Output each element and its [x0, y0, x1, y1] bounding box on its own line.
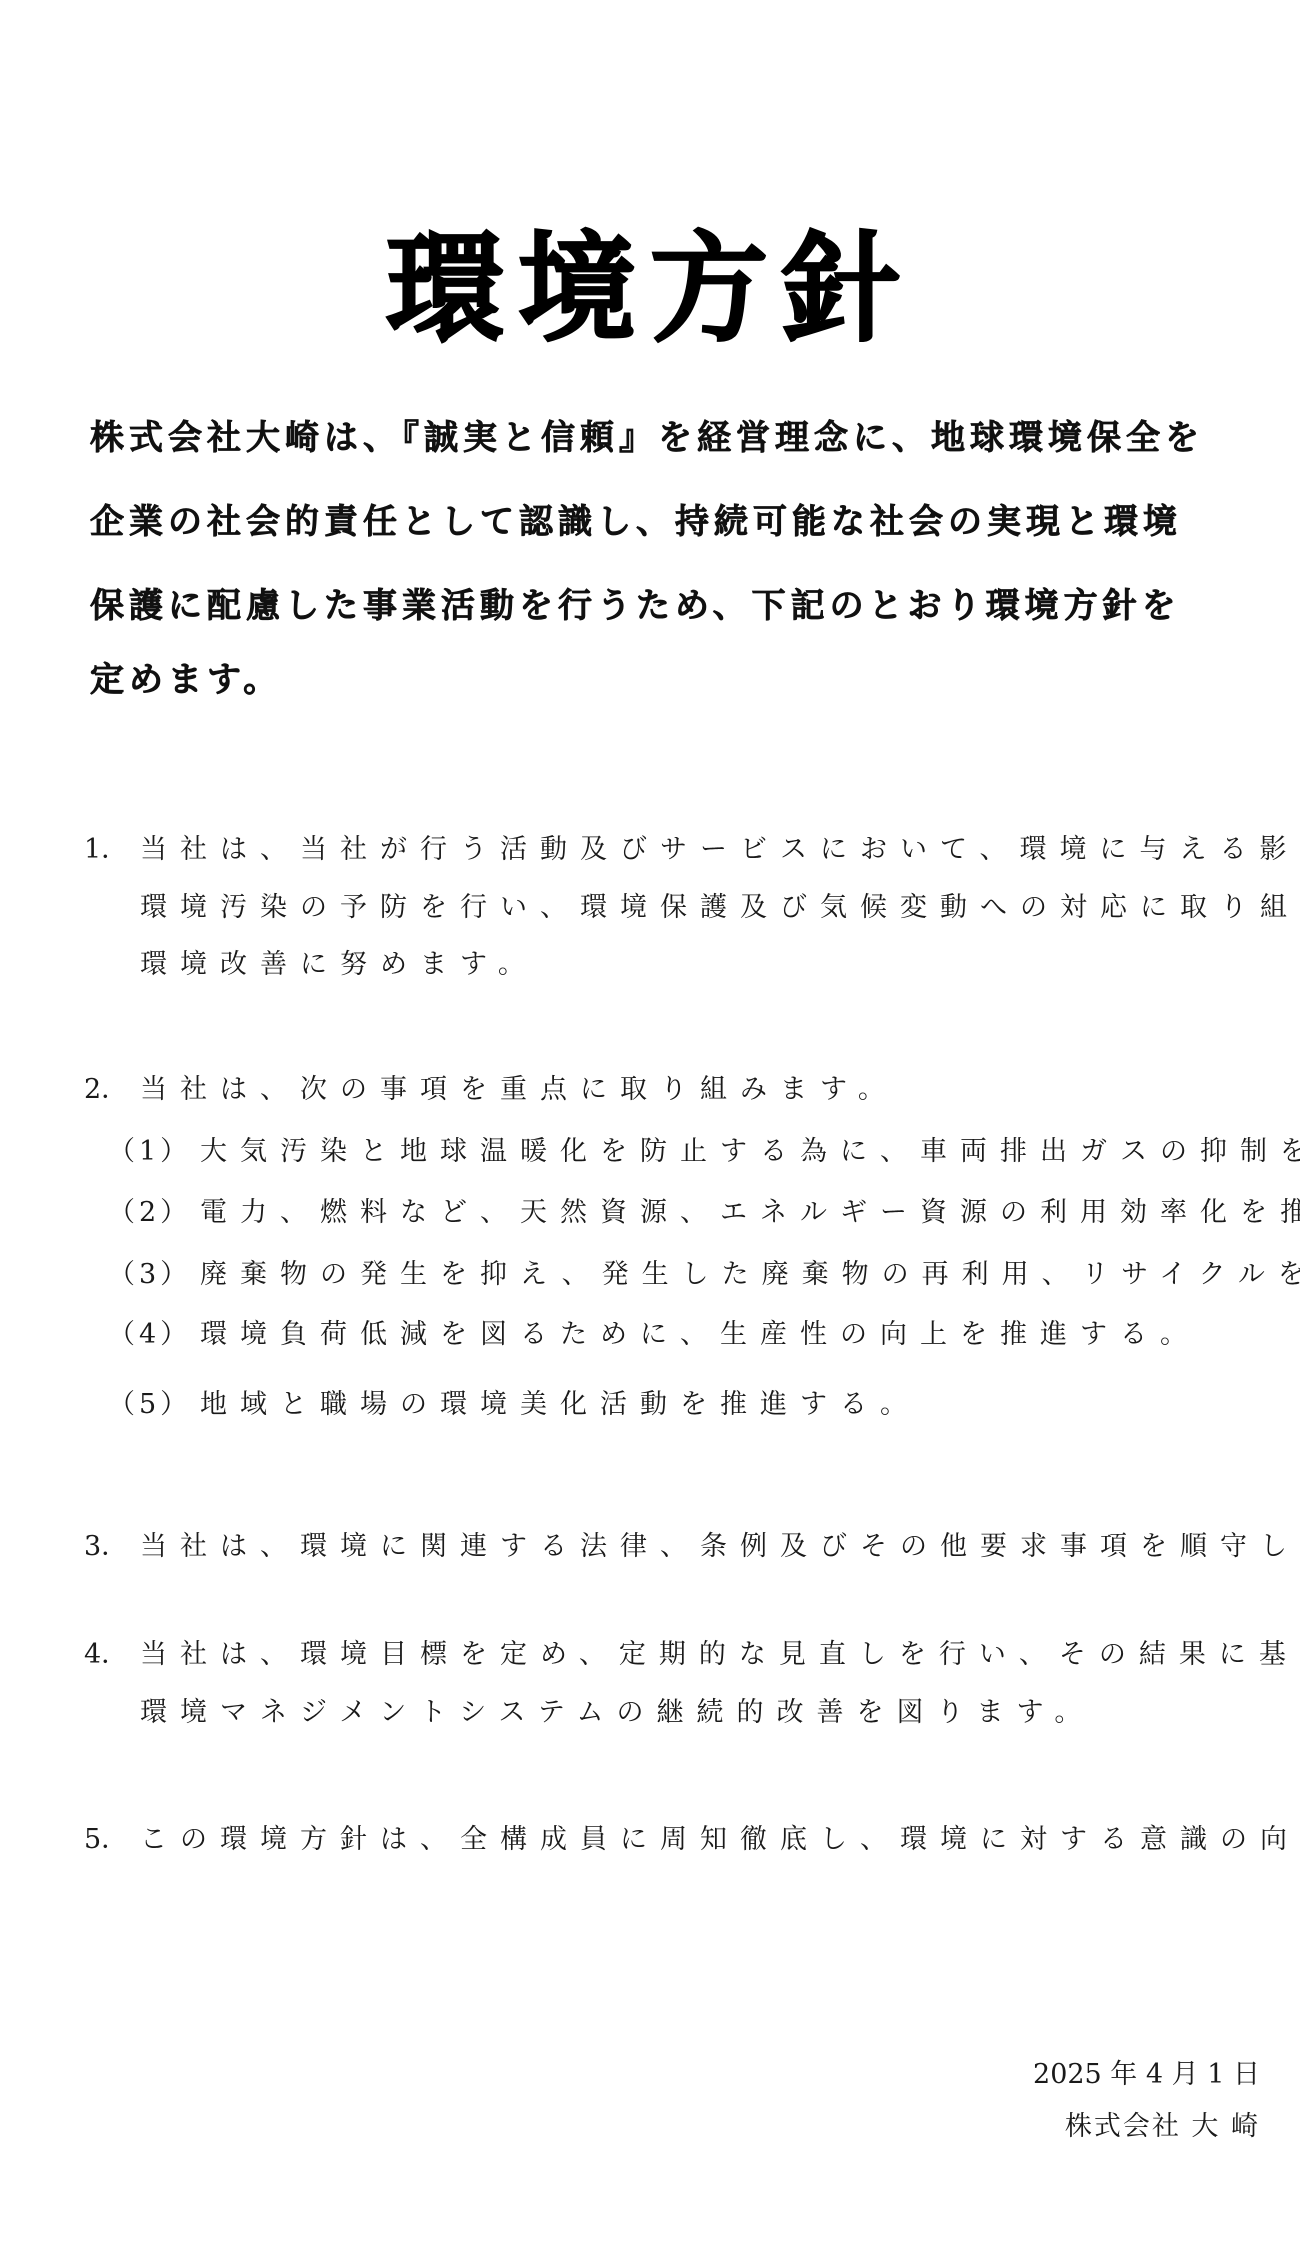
page-title: 環境方針	[0, 219, 1300, 359]
subitem-number: （5）	[108, 1388, 191, 1422]
subitem-text: 環境負荷低減を図るために、生産性の向上を推進する。	[200, 1318, 1200, 1352]
item-number: 4．	[84, 1638, 128, 1672]
item-number: 2．	[84, 1073, 128, 1107]
subitem-number: （1）	[108, 1135, 191, 1169]
subitem-number: （2）	[108, 1196, 191, 1230]
item-text-line: 当社は、環境目標を定め、定期的な見直しを行い、その結果に基づき	[140, 1638, 1300, 1672]
item-text-line: 環境マネジメントシステムの継続的改善を図ります。	[140, 1696, 1094, 1730]
issue-date: 2025 年 4 月 1 日	[1033, 2058, 1260, 2092]
item-text-line: 環境汚染の予防を行い、環境保護及び気候変動への対応に取り組み、継続的な	[140, 891, 1300, 925]
subitem-text: 電力、燃料など、天然資源、エネルギー資源の利用効率化を推進する。	[200, 1196, 1300, 1230]
item-number: 5．	[84, 1823, 128, 1857]
subitem-text: 大気汚染と地球温暖化を防止する為に、車両排出ガスの抑制を推進する。	[200, 1135, 1300, 1169]
intro-line: 企業の社会的責任として認識し、持続可能な社会の実現と環境	[90, 502, 1182, 542]
subitem-number: （3）	[108, 1258, 191, 1292]
item-text-line: 当社は、環境に関連する法律、条例及びその他要求事項を順守します。	[140, 1530, 1300, 1564]
item-text-line: 当社は、次の事項を重点に取り組みます。	[140, 1073, 898, 1107]
item-text-line: この環境方針は、全構成員に周知徹底し、環境に対する意識の向上を図ります。	[140, 1823, 1300, 1857]
intro-line: 定めます。	[90, 660, 282, 700]
intro-line: 株式会社大崎は、『誠実と信頼』を経営理念に、地球環境保全を	[90, 418, 1204, 458]
item-text-line: 当社は、当社が行う活動及びサービスにおいて、環境に与える影響を的確に捉え、	[140, 833, 1300, 867]
item-text-line: 環境改善に努めます。	[140, 948, 538, 982]
intro-line: 保護に配慮した事業活動を行うため、下記のとおり環境方針を	[90, 586, 1181, 626]
subitem-number: （4）	[108, 1318, 191, 1352]
subitem-text: 地域と職場の環境美化活動を推進する。	[200, 1388, 920, 1422]
subitem-text: 廃棄物の発生を抑え、発生した廃棄物の再利用、リサイクルを推進する。	[200, 1258, 1300, 1292]
company-name: 株式会社 大 崎	[1065, 2110, 1260, 2144]
item-number: 3．	[84, 1530, 128, 1564]
item-number: 1．	[84, 833, 128, 867]
